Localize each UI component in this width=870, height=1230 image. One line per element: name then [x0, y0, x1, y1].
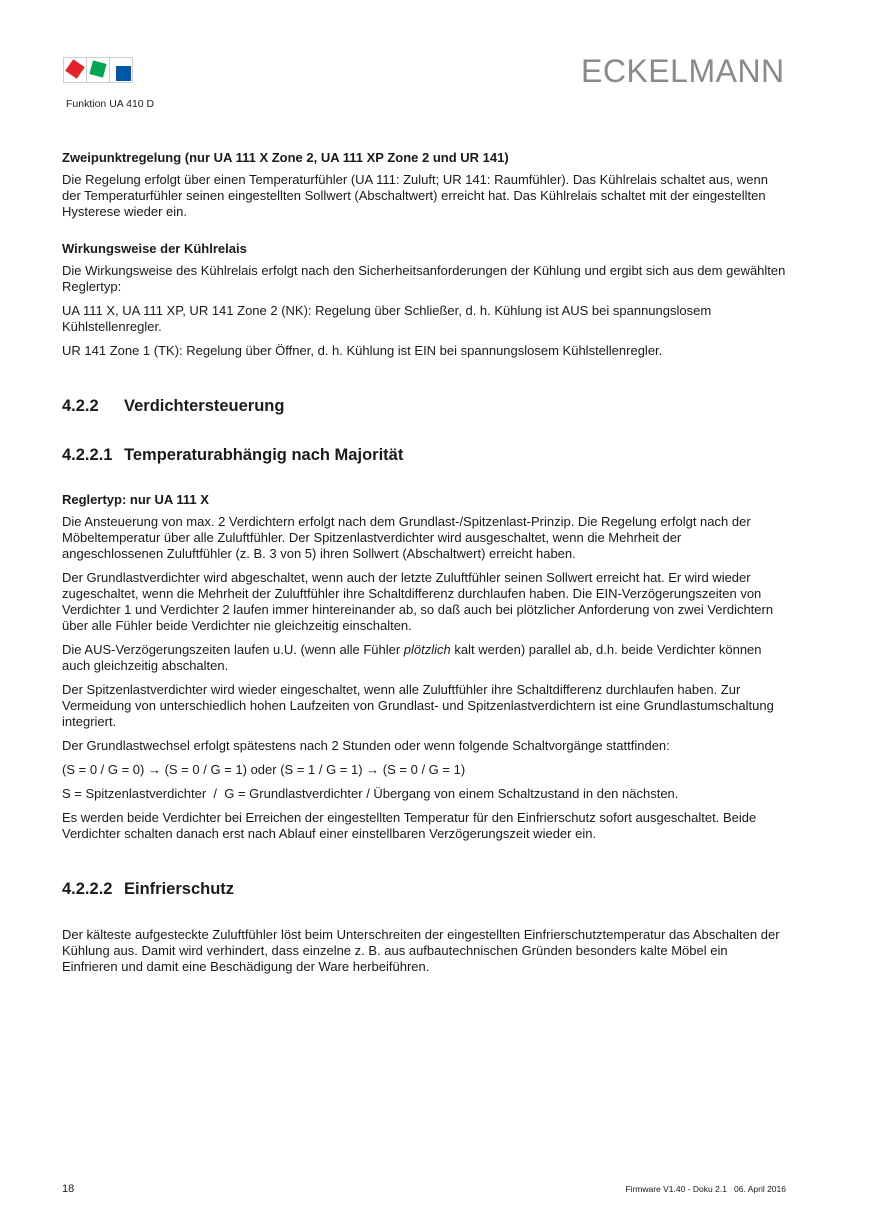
section-heading-majoritaet: 4.2.2.1Temperaturabhängig nach Majorität: [62, 446, 786, 465]
paragraph: Der kälteste aufgesteckte Zuluftfühler l…: [62, 927, 786, 975]
blue-square-icon: [116, 66, 131, 81]
section-number: 4.2.2: [62, 397, 124, 416]
legend-text: S = Spitzenlastverdichter / G = Grundlas…: [62, 786, 786, 802]
paragraph: Die AUS-Verzögerungszeiten laufen u.U. (…: [62, 642, 786, 674]
red-diamond-icon: [65, 59, 84, 78]
company-logo: [63, 57, 132, 81]
section-title: Verdichtersteuerung: [124, 397, 284, 415]
document-subtitle: Funktion UA 410 D: [66, 98, 154, 110]
paragraph: UA 111 X, UA 111 XP, UR 141 Zone 2 (NK):…: [62, 303, 786, 335]
brand-name: ECKELMANN: [581, 53, 785, 90]
paragraph: Die Wirkungsweise des Kühlrelais erfolgt…: [62, 263, 786, 295]
section-heading-einfrierschutz: 4.2.2.2Einfrierschutz: [62, 880, 786, 899]
logo-cell-blue: [109, 57, 133, 83]
paragraph: UR 141 Zone 1 (TK): Regelung über Öffner…: [62, 343, 786, 359]
section-number: 4.2.2.2: [62, 880, 124, 899]
logo-cell-green: [86, 57, 110, 83]
paragraph: Die Regelung erfolgt über einen Temperat…: [62, 172, 786, 220]
logo-cell-red: [63, 57, 87, 83]
section-title: Einfrierschutz: [124, 880, 234, 898]
paragraph: Der Grundlastwechsel erfolgt spätestens …: [62, 738, 786, 754]
paragraph: Es werden beide Verdichter bei Erreichen…: [62, 810, 786, 842]
paragraph: Der Grundlastverdichter wird abgeschalte…: [62, 570, 786, 634]
paragraph: Die Ansteuerung von max. 2 Verdichtern e…: [62, 514, 786, 562]
paragraph: Der Spitzenlastverdichter wird wieder ei…: [62, 682, 786, 730]
text-span: Die AUS-Verzögerungszeiten laufen u.U. (…: [62, 642, 404, 657]
page-content: Zweipunktregelung (nur UA 111 X Zone 2, …: [62, 150, 786, 983]
emphasis-text: plötzlich: [404, 642, 451, 657]
heading-wirkungsweise: Wirkungsweise der Kühlrelais: [62, 241, 786, 256]
footer-version: Firmware V1.40 - Doku 2.1 06. April 2016: [625, 1184, 786, 1194]
section-title: Temperaturabhängig nach Majorität: [124, 446, 403, 464]
green-diamond-icon: [89, 60, 106, 77]
page-number: 18: [62, 1183, 74, 1195]
heading-zweipunktregelung: Zweipunktregelung (nur UA 111 X Zone 2, …: [62, 150, 786, 165]
section-number: 4.2.2.1: [62, 446, 124, 465]
section-heading-verdichtersteuerung: 4.2.2Verdichtersteuerung: [62, 397, 786, 416]
switching-sequence: (S = 0 / G = 0) → (S = 0 / G = 1) oder (…: [62, 762, 786, 778]
heading-reglertyp: Reglertyp: nur UA 111 X: [62, 492, 786, 507]
